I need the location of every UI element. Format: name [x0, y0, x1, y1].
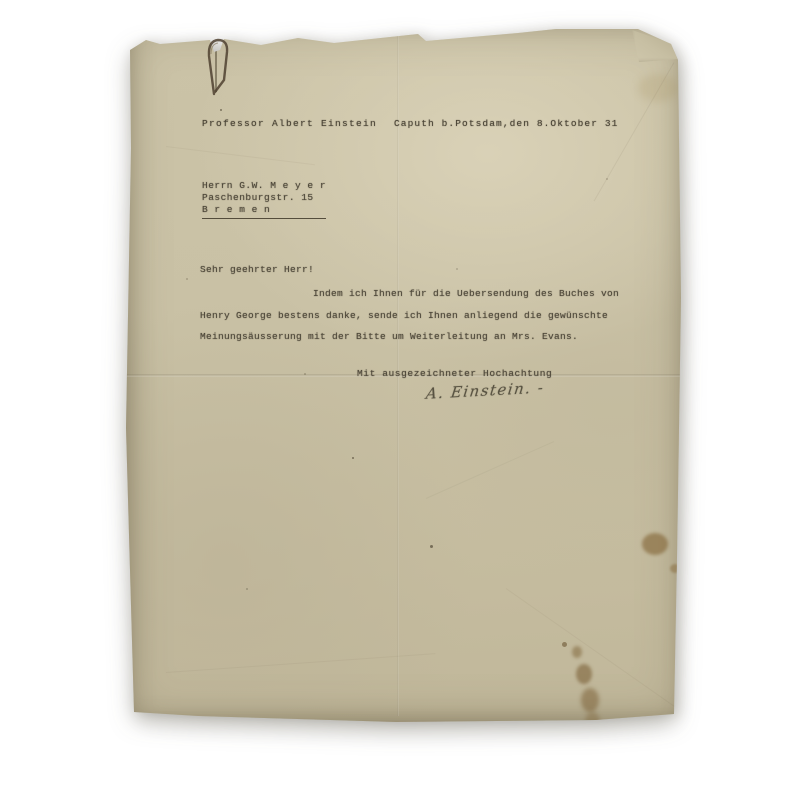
- closing-line: Mit ausgezeichneter Hochachtung: [357, 368, 552, 380]
- stain: [585, 712, 600, 732]
- wrinkle-crease: [166, 146, 315, 165]
- wrinkle-crease: [166, 653, 435, 673]
- stain: [576, 664, 592, 684]
- photo-of-letter: Professor Albert Einstein Caputh b.Potsd…: [0, 0, 800, 800]
- paperclip-icon: [203, 36, 237, 102]
- corner-crease: [594, 62, 675, 201]
- stain: [638, 74, 678, 102]
- body-line-1: Indem ich Ihnen für die Uebersendung des…: [313, 288, 619, 300]
- stain: [642, 533, 668, 555]
- salutation: Sehr geehrter Herr!: [200, 264, 314, 276]
- body-line-2: Henry George bestens danke, sende ich Ih…: [200, 310, 608, 322]
- recipient-street: Paschenburgstr. 15: [202, 192, 314, 204]
- body-line-3: Meinungsäusserung mit der Bitte um Weite…: [200, 331, 578, 343]
- dateline: Caputh b.Potsdam,den 8.Oktober 31: [394, 118, 618, 130]
- sender-line: Professor Albert Einstein: [202, 118, 377, 130]
- letter-sheet-wrapper: Professor Albert Einstein Caputh b.Potsd…: [126, 28, 682, 722]
- dog-ear-fold: [631, 28, 681, 64]
- recipient-name: Herrn G.W. M e y e r: [202, 180, 326, 192]
- recipient-city: B r e m e n: [202, 204, 326, 219]
- wrinkle-crease: [506, 588, 687, 715]
- wrinkle-crease: [426, 441, 554, 499]
- stain: [670, 564, 680, 573]
- stain: [581, 688, 599, 712]
- stain: [562, 642, 567, 647]
- letter-sheet: Professor Albert Einstein Caputh b.Potsd…: [126, 28, 682, 722]
- stain: [572, 646, 582, 658]
